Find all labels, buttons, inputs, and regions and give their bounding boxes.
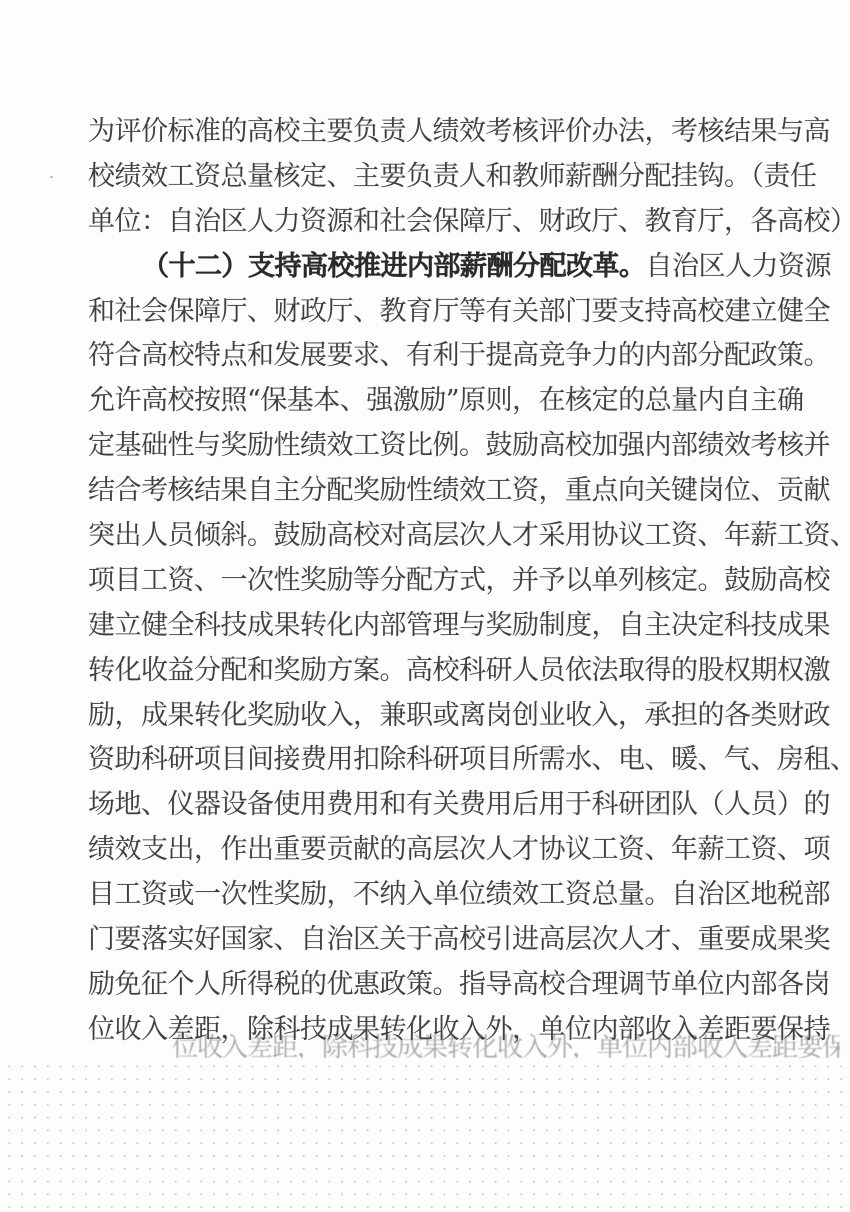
text-line: 突出人员倾斜。鼓励高校对高层次人才采用协议工资、年薪工资、 (88, 514, 790, 559)
section-heading: （十二）支持高校推进内部薪酬分配改革。 (142, 251, 646, 282)
scanned-document-page: 为评价标准的高校主要负责人绩效考核评价办法，考核结果与高 校绩效工资总量核定、主… (0, 0, 850, 1212)
text-line: 单位：自治区人力资源和社会保障厅、财政厅、教育厅，各高校） (88, 200, 790, 245)
text-line: 转化收益分配和奖励方案。高校科研人员依法取得的股权期权激 (88, 649, 790, 694)
text-line: 励免征个人所得税的优惠政策。指导高校合理调节单位内部各岗 (88, 963, 790, 1008)
text-line: 目工资或一次性奖励，不纳入单位绩效工资总量。自治区地税部 (88, 873, 790, 918)
text-line: 校绩效工资总量核定、主要负责人和教师薪酬分配挂钩。（责任 (88, 155, 790, 200)
text-line: 绩效支出，作出重要贡献的高层次人才协议工资、年薪工资、项 (88, 828, 790, 873)
text-line: 定基础性与奖励性绩效工资比例。鼓励高校加强内部绩效考核并 (88, 424, 790, 469)
section-heading-rest: 自治区人力资源 (646, 251, 832, 282)
text-line: 励，成果转化奖励收入，兼职或离岗创业收入，承担的各类财政 (88, 694, 790, 739)
text-line: 结合考核结果自主分配奖励性绩效工资，重点向关键岗位、贡献 (88, 469, 790, 514)
halftone-dot-noise-band (0, 1056, 850, 1212)
document-body-text: 为评价标准的高校主要负责人绩效考核评价办法，考核结果与高 校绩效工资总量核定、主… (88, 110, 790, 1053)
scan-ghost-artifact-line: 位收入差距，除科技成果转化收入外，单位内部收入差距要保持 (172, 1031, 840, 1058)
text-line: 建立健全科技成果转化内部管理与奖励制度，自主决定科技成果 (88, 604, 790, 649)
text-line: 允许高校按照“保基本、强激励”原则，在核定的总量内自主确 (88, 379, 790, 424)
text-line: 资助科研项目间接费用扣除科研项目所需水、电、暖、气、房租、 (88, 738, 790, 783)
text-line: 项目工资、一次性奖励等分配方式，并予以单列核定。鼓励高校 (88, 559, 790, 604)
text-line: 符合高校特点和发展要求、有利于提高竞争力的内部分配政策。 (88, 334, 790, 379)
scan-speck (108, 585, 111, 587)
text-line: 门要落实好国家、自治区关于高校引进高层次人才、重要成果奖 (88, 918, 790, 963)
text-line: 场地、仪器设备使用费用和有关费用后用于科研团队（人员）的 (88, 783, 790, 828)
text-line: 和社会保障厅、财政厅、教育厅等有关部门要支持高校建立健全 (88, 290, 790, 335)
section-heading-line: （十二）支持高校推进内部薪酬分配改革。自治区人力资源 (88, 245, 790, 290)
scan-speck (789, 934, 792, 937)
scan-speck (50, 176, 53, 178)
text-line: 为评价标准的高校主要负责人绩效考核评价办法，考核结果与高 (88, 110, 790, 155)
